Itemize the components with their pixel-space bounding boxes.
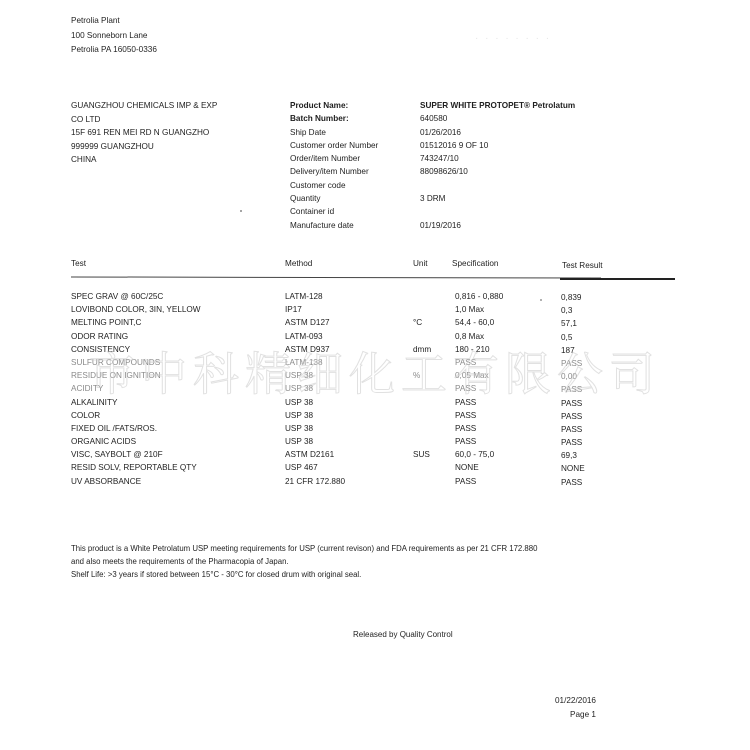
sender-line: Petrolia Plant (71, 14, 157, 29)
cell-method: USP 38 (285, 424, 313, 433)
product-info-row: Manufacture date01/19/2016 (290, 219, 575, 232)
faded-stamp: · · · · · · · · (475, 33, 551, 44)
product-info-label: Order/item Number (290, 152, 420, 165)
cell-spec: PASS (455, 477, 476, 486)
product-info-row: Batch Number:640580 (290, 112, 575, 125)
product-info-row: Customer order Number01512016 9 OF 10 (290, 139, 575, 152)
product-info-value: SUPER WHITE PROTOPET® Petrolatum (420, 99, 575, 112)
header-specification: Specification (452, 259, 498, 268)
product-info-value: 01/19/2016 (420, 219, 461, 232)
cell-unit: °C (413, 318, 422, 327)
cell-test: ORGANIC ACIDS (71, 437, 136, 446)
cell-method: ASTM D127 (285, 318, 330, 327)
customer-address: GUANGZHOU CHEMICALS IMP & EXP CO LTD 15F… (71, 99, 217, 167)
product-info-label: Customer code (290, 179, 420, 192)
cell-spec: 54,4 - 60,0 (455, 318, 494, 327)
product-info-label: Delivery/item Number (290, 165, 420, 178)
cell-test: UV ABSORBANCE (71, 477, 141, 486)
cell-result: NONE (561, 464, 585, 473)
table-row: ORGANIC ACIDSUSP 38PASSPASS (71, 437, 681, 450)
header-test-result: Test Result (562, 261, 603, 270)
cell-test: FIXED OIL /FATS/ROS. (71, 424, 157, 433)
table-header: Test Method Unit Specification Test Resu… (71, 259, 675, 271)
cell-result: 0,3 (561, 306, 572, 315)
product-info-value: 01512016 9 OF 10 (420, 139, 488, 152)
customer-line: CHINA (71, 153, 217, 167)
sender-line: 100 Sonneborn Lane (71, 29, 157, 44)
cell-method: 21 CFR 172.880 (285, 477, 345, 486)
product-info-label: Container id (290, 205, 420, 218)
product-info-label: Ship Date (290, 126, 420, 139)
scan-speck (240, 210, 242, 212)
customer-line: 999999 GUANGZHOU (71, 140, 217, 154)
cell-spec: 60,0 - 75,0 (455, 450, 494, 459)
product-info-value: 640580 (420, 112, 447, 125)
cell-method: LATM-128 (285, 292, 323, 301)
product-info-label: Product Name: (290, 99, 420, 112)
footer-date: 01/22/2016 (555, 694, 596, 708)
cell-test: LOVIBOND COLOR, 3IN, YELLOW (71, 305, 201, 314)
product-info-row: Product Name:SUPER WHITE PROTOPET® Petro… (290, 99, 575, 112)
customer-line: CO LTD (71, 113, 217, 127)
customer-line: GUANGZHOU CHEMICALS IMP & EXP (71, 99, 217, 113)
product-info-value: 3 DRM (420, 192, 445, 205)
cell-method: USP 467 (285, 463, 318, 472)
released-by: Released by Quality Control (353, 630, 453, 639)
customer-line: 15F 691 REN MEI RD N GUANGZHO (71, 126, 217, 140)
product-info-value: 743247/10 (420, 152, 459, 165)
cell-method: IP17 (285, 305, 302, 314)
cell-test: COLOR (71, 411, 100, 420)
cell-spec: NONE (455, 463, 479, 472)
note-line: Shelf Life: >3 years if stored between 1… (71, 568, 537, 581)
cell-method: ASTM D2161 (285, 450, 334, 459)
header-divider (71, 276, 601, 278)
product-info-label: Quantity (290, 192, 420, 205)
product-info-label: Manufacture date (290, 219, 420, 232)
cell-result: PASS (561, 438, 582, 447)
cell-spec: 1,0 Max (455, 305, 484, 314)
product-info-row: Ship Date01/26/2016 (290, 126, 575, 139)
cell-result: PASS (561, 412, 582, 421)
note-line: This product is a White Petrolatum USP m… (71, 542, 537, 555)
product-info-label: Customer order Number (290, 139, 420, 152)
footer: 01/22/2016 Page 1 (555, 694, 596, 722)
product-info-row: Order/item Number743247/10 (290, 152, 575, 165)
cell-unit: SUS (413, 450, 430, 459)
product-info-row: Container id (290, 205, 575, 218)
header-unit: Unit (413, 259, 428, 268)
cell-result: PASS (561, 478, 582, 487)
cell-spec: 0,816 - 0,880 (455, 292, 503, 301)
header-divider-bold (560, 278, 675, 280)
table-row: LOVIBOND COLOR, 3IN, YELLOWIP171,0 Max0,… (71, 305, 681, 318)
cell-result: 57,1 (561, 319, 577, 328)
sender-address: Petrolia Plant 100 Sonneborn Lane Petrol… (71, 14, 157, 58)
product-info-label: Batch Number: (290, 112, 420, 125)
cell-result: PASS (561, 425, 582, 434)
table-row: FIXED OIL /FATS/ROS.USP 38PASSPASS (71, 424, 681, 437)
product-info-value: 01/26/2016 (420, 126, 461, 139)
cell-spec: PASS (455, 437, 476, 446)
table-row: MELTING POINT,CASTM D127°C54,4 - 60,057,… (71, 318, 681, 331)
product-info-row: Quantity3 DRM (290, 192, 575, 205)
table-row: COLORUSP 38PASSPASS (71, 411, 681, 424)
table-row: RESID SOLV, REPORTABLE QTYUSP 467NONENON… (71, 463, 681, 476)
product-info: Product Name:SUPER WHITE PROTOPET® Petro… (290, 99, 575, 232)
note-line: and also meets the requirements of the P… (71, 555, 537, 568)
cell-result: 0,839 (561, 293, 582, 302)
table-row: UV ABSORBANCE21 CFR 172.880PASSPASS (71, 477, 681, 490)
watermark: 市中科精细化工有限公司 (0, 338, 750, 404)
cell-test: SPEC GRAV @ 60C/25C (71, 292, 163, 301)
cell-method: USP 38 (285, 437, 313, 446)
scan-speck (540, 299, 542, 301)
product-info-row: Customer code (290, 179, 575, 192)
cell-result: 69,3 (561, 451, 577, 460)
table-row: SPEC GRAV @ 60C/25CLATM-1280,816 - 0,880… (71, 292, 681, 305)
compliance-note: This product is a White Petrolatum USP m… (71, 542, 537, 581)
header-test: Test (71, 259, 86, 268)
header-method: Method (285, 259, 312, 268)
cell-spec: PASS (455, 411, 476, 420)
cell-test: VISC, SAYBOLT @ 210F (71, 450, 163, 459)
cell-test: MELTING POINT,C (71, 318, 141, 327)
cell-method: USP 38 (285, 411, 313, 420)
product-info-row: Delivery/item Number88098626/10 (290, 165, 575, 178)
product-info-value: 88098626/10 (420, 165, 468, 178)
sender-line: Petrolia PA 16050-0336 (71, 43, 157, 58)
cell-spec: PASS (455, 424, 476, 433)
table-row: VISC, SAYBOLT @ 210FASTM D2161SUS60,0 - … (71, 450, 681, 463)
cell-test: RESID SOLV, REPORTABLE QTY (71, 463, 197, 472)
footer-page: Page 1 (555, 708, 596, 722)
